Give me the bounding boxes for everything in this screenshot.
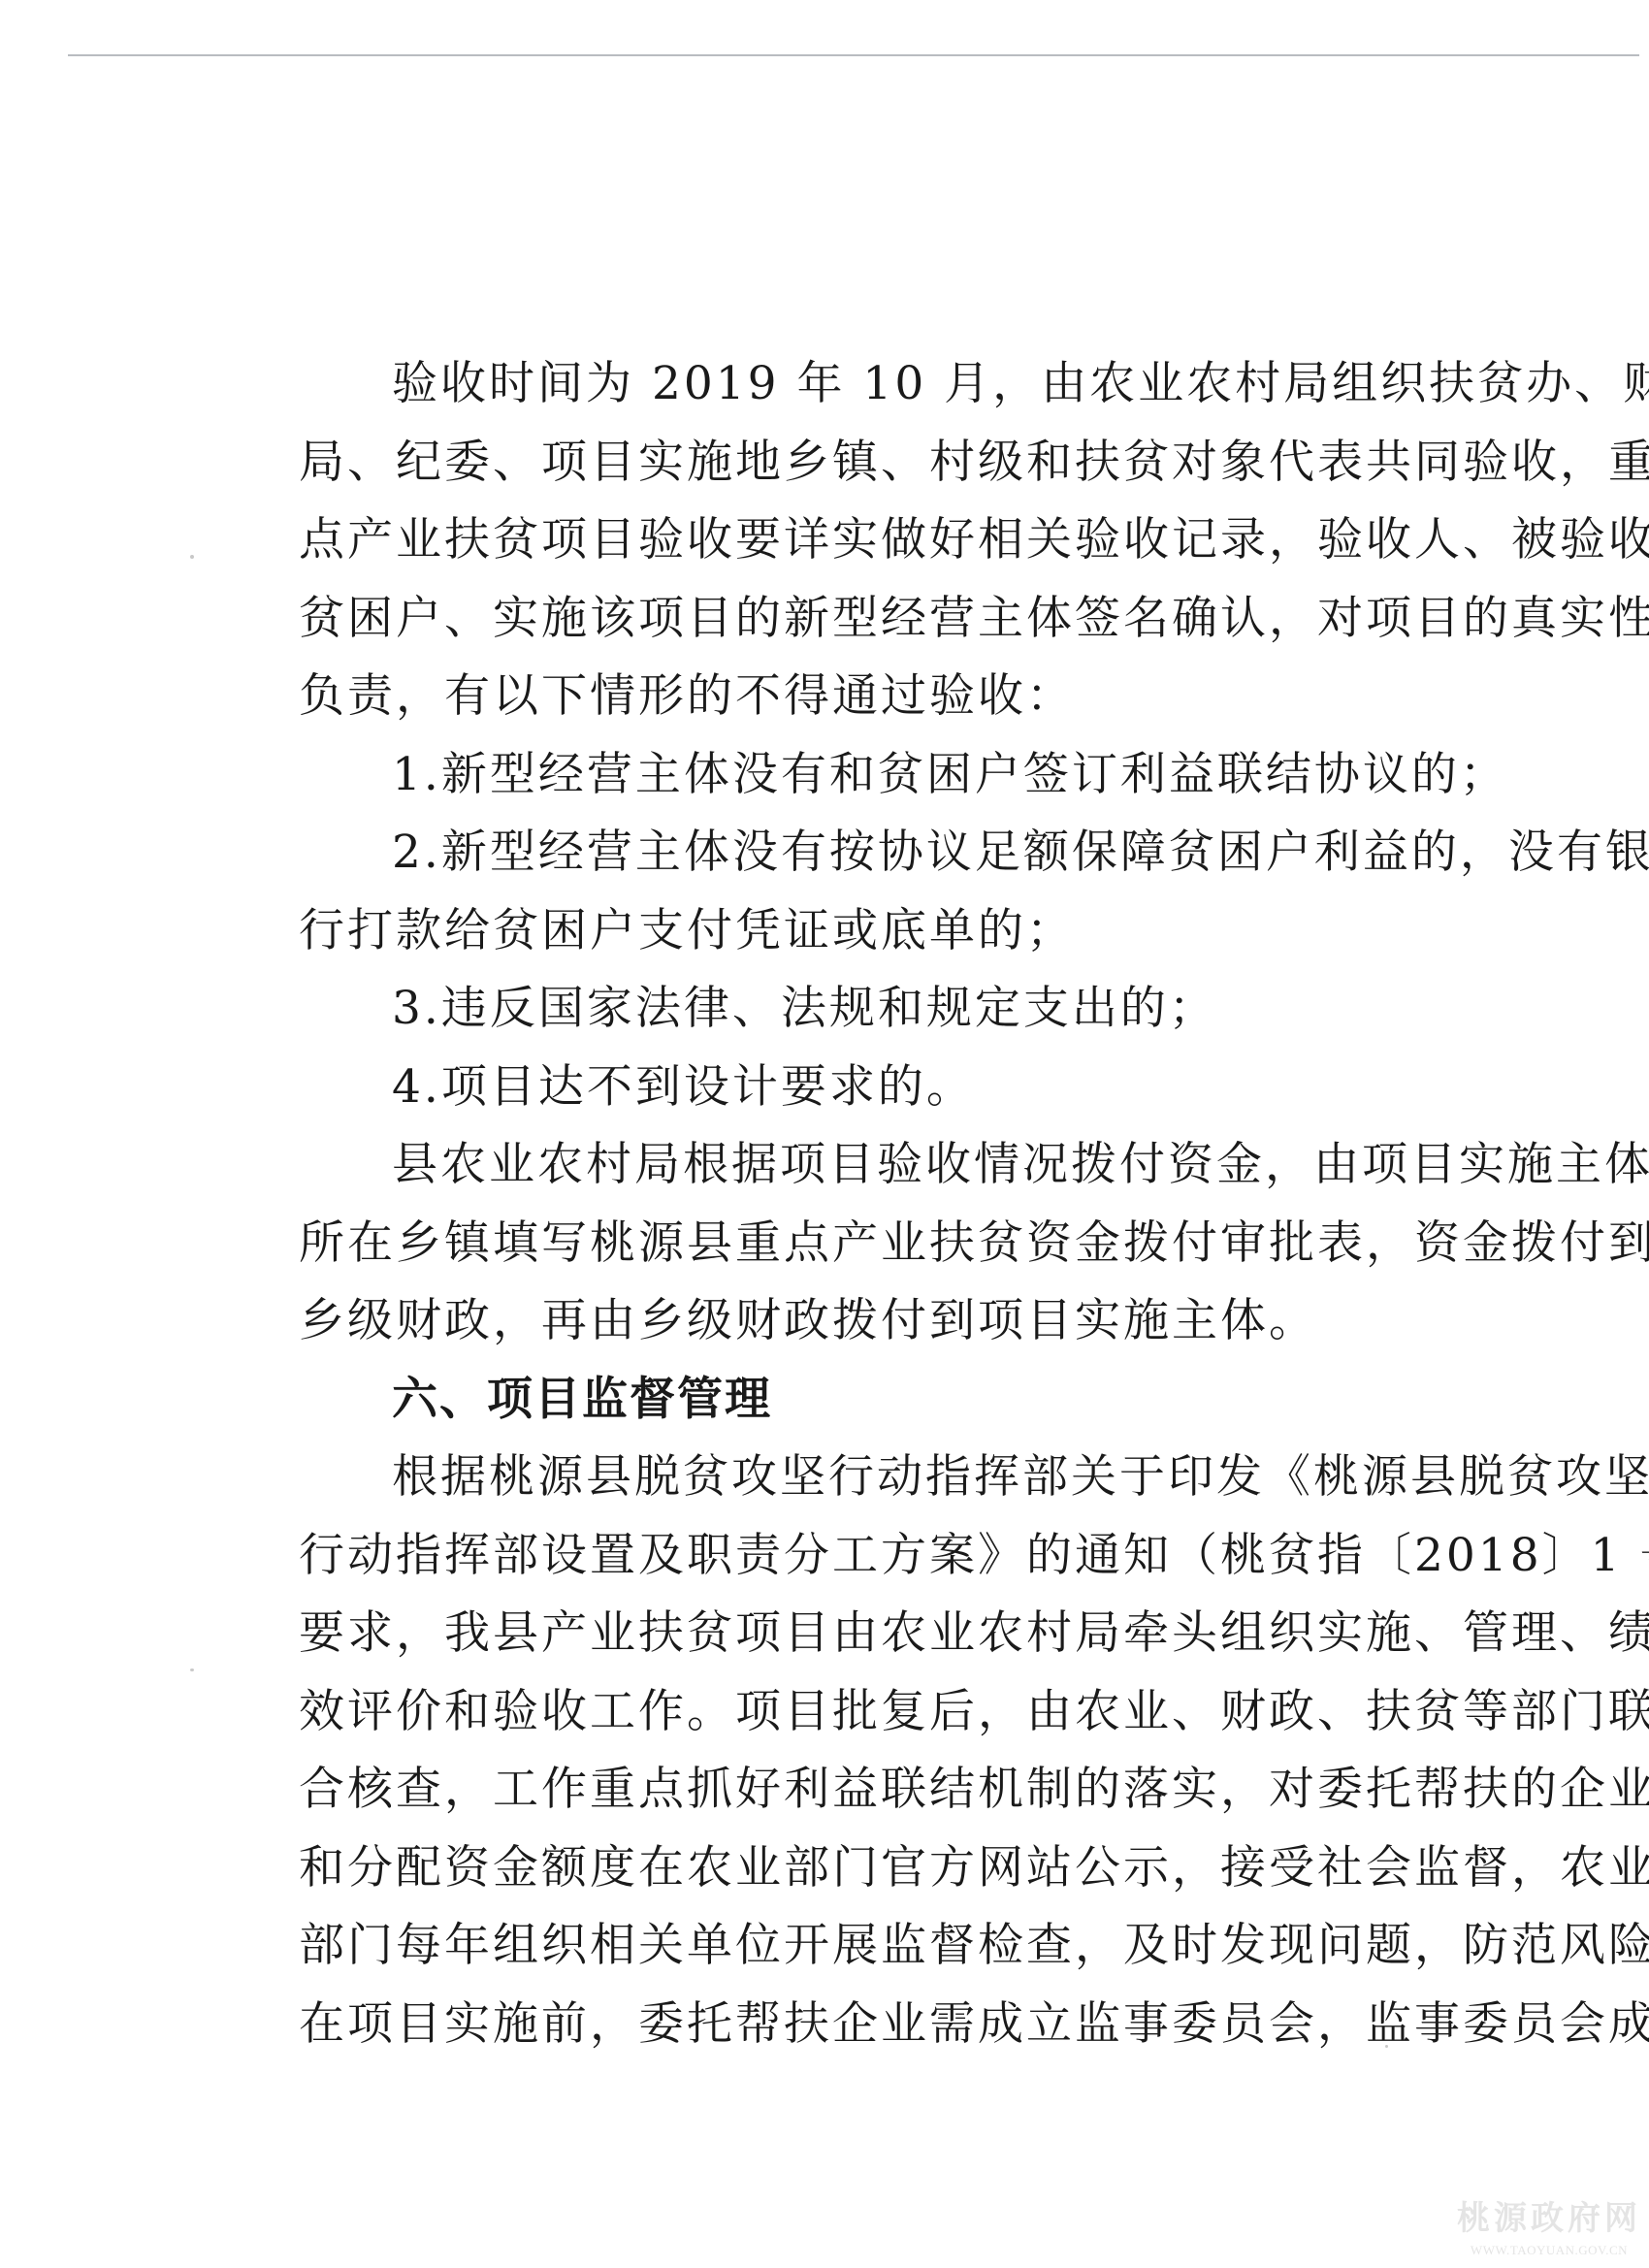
text-line: 合核查，工作重点抓好利益联结机制的落实，对委托帮扶的企业 [299,1751,1502,1830]
text-line: 贫困户、实施该项目的新型经营主体签名确认，对项目的真实性 [299,580,1502,659]
section-title: 六、项目监督管理 [299,1361,1502,1440]
list-item-1: 1.新型经营主体没有和贫困户签订利益联结协议的； [299,736,1502,815]
scan-speck [1385,2045,1388,2048]
document-body: 验收时间为 2019 年 10 月，由农业农村局组织扶贫办、财政 局、纪委、项目… [299,345,1502,2063]
scan-speck [190,1669,194,1671]
paragraph-acceptance-time: 验收时间为 2019 年 10 月，由农业农村局组织扶贫办、财政 局、纪委、项目… [299,345,1502,736]
paragraph-fund-disbursement: 县农业农村局根据项目验收情况拨付资金，由项目实施主体 所在乡镇填写桃源县重点产业… [299,1126,1502,1361]
text-line: 局、纪委、项目实施地乡镇、村级和扶贫对象代表共同验收，重 [299,424,1502,502]
text-line: 所在乡镇填写桃源县重点产业扶贫资金拨付审批表，资金拨付到 [299,1205,1502,1283]
text-line: 县农业农村局根据项目验收情况拨付资金，由项目实施主体 [299,1126,1502,1205]
list-item-3: 3.违反国家法律、法规和规定支出的； [299,970,1502,1049]
text-line: 验收时间为 2019 年 10 月，由农业农村局组织扶贫办、财政 [299,345,1502,424]
text-line: 行打款给贫困户支付凭证或底单的； [299,892,1502,971]
watermark-site-name: 桃源政府网 [1457,2191,1641,2239]
section-heading: 六、项目监督管理 [299,1361,1502,1440]
text-line: 部门每年组织相关单位开展监督检查，及时发现问题，防范风险。 [299,1907,1502,1986]
site-watermark: 桃源政府网 WWW.TAOYUAN.GOV.CN [1457,2191,1641,2258]
text-line: 3.违反国家法律、法规和规定支出的； [299,970,1502,1049]
header-rule [68,54,1639,56]
text-line: 要求，我县产业扶贫项目由农业农村局牵头组织实施、管理、绩 [299,1595,1502,1673]
list-item-2: 2.新型经营主体没有按协议足额保障贫困户利益的，没有银 行打款给贫困户支付凭证或… [299,814,1502,970]
text-line: 1.新型经营主体没有和贫困户签订利益联结协议的； [299,736,1502,815]
watermark-site-url: WWW.TAOYUAN.GOV.CN [1457,2243,1641,2258]
text-line: 点产业扶贫项目验收要详实做好相关验收记录，验收人、被验收 [299,502,1502,580]
text-line: 和分配资金额度在农业部门官方网站公示，接受社会监督，农业 [299,1830,1502,1908]
text-line: 在项目实施前，委托帮扶企业需成立监事委员会，监事委员会成 [299,1986,1502,2064]
text-line: 乡级财政，再由乡级财政拨付到项目实施主体。 [299,1282,1502,1361]
text-line: 根据桃源县脱贫攻坚行动指挥部关于印发《桃源县脱贫攻坚 [299,1439,1502,1517]
paragraph-supervision: 根据桃源县脱贫攻坚行动指挥部关于印发《桃源县脱贫攻坚 行动指挥部设置及职责分工方… [299,1439,1502,2063]
text-line: 4.项目达不到设计要求的。 [299,1049,1502,1127]
text-line: 效评价和验收工作。项目批复后，由农业、财政、扶贫等部门联 [299,1673,1502,1752]
text-line: 2.新型经营主体没有按协议足额保障贫困户利益的，没有银 [299,814,1502,892]
text-line: 负责，有以下情形的不得通过验收： [299,658,1502,736]
text-line: 行动指挥部设置及职责分工方案》的通知（桃贫指〔2018〕1 号） [299,1517,1502,1596]
list-item-4: 4.项目达不到设计要求的。 [299,1049,1502,1127]
scan-speck [190,555,194,559]
